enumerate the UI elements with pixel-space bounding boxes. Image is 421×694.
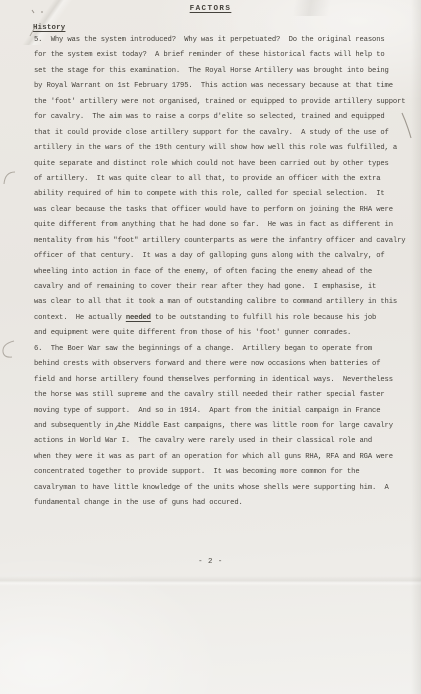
text-line: that it could provide close artillery su… [34,126,412,141]
text-line: by Royal Warrant on 1st February 1795. T… [34,79,412,94]
text-line: of artillery. It was quite clear to all … [34,172,412,187]
text-line: ability required of him to compete with … [34,187,412,202]
paper-edge-shadow [411,0,421,694]
text-line: actions in World War I. The cavalry were… [34,434,412,449]
pencil-arc-left-margin [1,166,19,188]
text-line: for cavalry. The aim was to raise a corp… [34,110,412,125]
paper-crease [0,576,421,586]
text-line: was clear to all that it took a man of o… [34,295,412,310]
document-body: 5. Why was the system introduced? Why wa… [34,33,412,512]
text-line: concentrated together to provide support… [34,465,412,480]
text-line: moving type of support. And so in 1914. … [34,404,412,419]
text-line: 5. Why was the system introduced? Why wa… [34,33,412,48]
text-line: when they were it was as part of an oper… [34,450,412,465]
text-line: for the system exist today? A brief remi… [34,48,412,63]
text-line: wheeling into action in face of the enem… [34,265,412,280]
document-page: FACTORS History 5. Why was the system in… [0,0,421,694]
text-line: fundamental change in the use of guns ha… [34,496,412,511]
text-line: quite separate and distinct role which c… [34,157,412,172]
text-line: set the stage for this examination. The … [34,64,412,79]
text-line: context. He actually needed to be outsta… [34,311,412,326]
page-number: - 2 - [0,555,421,570]
text-line: quite different from anything that he ha… [34,218,412,233]
page-title: FACTORS [0,5,421,13]
text-line: the horse was still supreme and the cava… [34,388,412,403]
text-line: was clear because the tasks that officer… [34,203,412,218]
text-line: field and horse artillery found themselv… [34,373,412,388]
text-line: artillery in the wars of the 19th centur… [34,141,412,156]
text-line: and equipment were quite different from … [34,326,412,341]
text-line: behind crests with observers forward and… [34,357,412,372]
text-line: the 'foot' artillery were not organised,… [34,95,412,110]
text-line: cavalryman to have little knowledge of t… [34,481,412,496]
text-line: officer of that century. It was a day of… [34,249,412,264]
pencil-arc-left-margin-2 [0,338,16,360]
text-line: 6. The Boer War saw the beginnings of a … [34,342,412,357]
underlined-word: needed [126,314,151,322]
text-line: and subsequently in the Middle East camp… [34,419,412,434]
text-line: cavalry and of remaining to cover their … [34,280,412,295]
section-heading: History [33,24,65,32]
text-line: mentality from his "foot" artillery coun… [34,234,412,249]
